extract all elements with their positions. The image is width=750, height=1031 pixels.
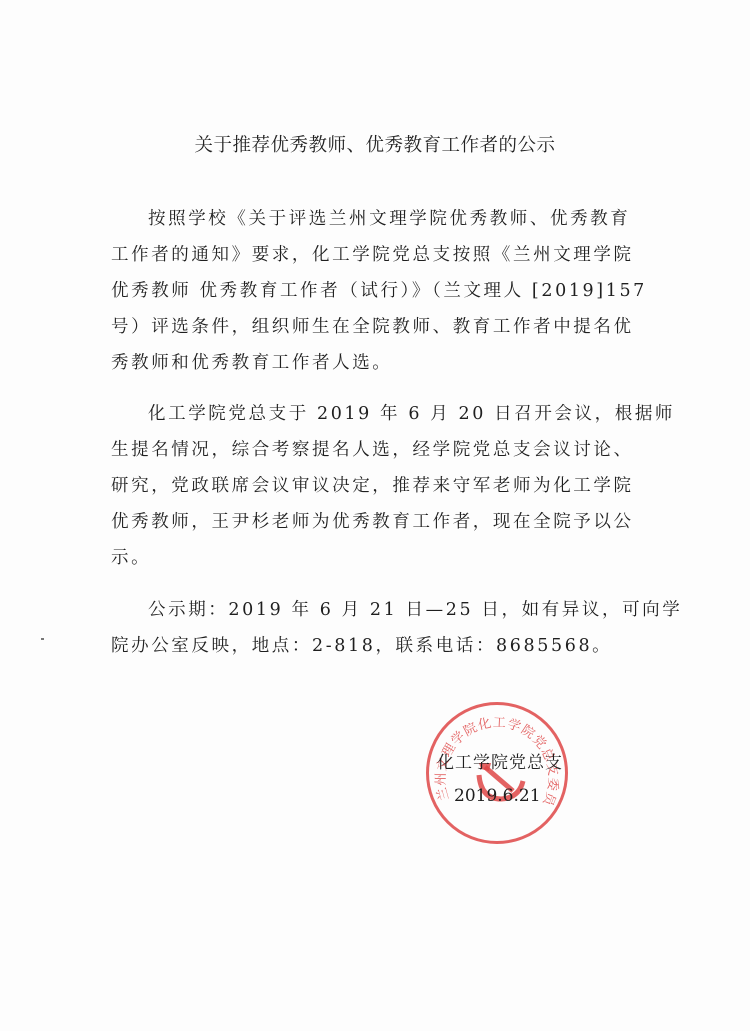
paragraph-1-line-1: 按照学校《关于评选兰州文理学院优秀教师、优秀教育: [148, 205, 630, 230]
signature-date: 2019.6.21: [454, 786, 541, 806]
paragraph-1-line-5: 秀教师和优秀教育工作者人选。: [111, 349, 392, 374]
paragraph-1-line-2: 工作者的通知》要求，化工学院党总支按照《兰州文理学院: [111, 241, 634, 266]
paragraph-2-line-1: 化工学院党总支于 2019 年 6 月 20 日召开会议，根据师: [148, 400, 675, 425]
paragraph-2-line-3: 研究，党政联席会议审议决定，推荐来守军老师为化工学院: [111, 472, 634, 497]
paragraph-2-line-4: 优秀教师，王尹杉老师为优秀教育工作者，现在全院予以公: [111, 508, 634, 533]
paragraph-3-line-1: 公示期：2019 年 6 月 21 日—25 日，如有异议，可向学: [148, 596, 682, 621]
paragraph-1-line-3: 优秀教师 优秀教育工作者（试行）》（兰文理人 [2019]157: [111, 277, 647, 302]
paragraph-2-line-5: 示。: [111, 544, 151, 569]
document-page: 关于推荐优秀教师、优秀教育工作者的公示 按照学校《关于评选兰州文理学院优秀教师、…: [0, 0, 750, 1031]
official-seal: 兰州文理学院化工学院党总支委员会: [426, 702, 568, 844]
paragraph-2-line-2: 生提名情况，综合考察提名人选，经学院党总支会议讨论、: [111, 436, 634, 461]
document-title: 关于推荐优秀教师、优秀教育工作者的公示: [0, 131, 750, 157]
paragraph-1-line-4: 号）评选条件，组织师生在全院教师、教育工作者中提名优: [111, 313, 634, 338]
seal-emblem-icon: 兰州文理学院化工学院党总支委员会: [429, 705, 565, 841]
paragraph-3-line-2: 院办公室反映，地点：2-818，联系电话：8685568。: [111, 632, 612, 657]
signature-organization: 化工学院党总支: [437, 748, 563, 773]
scan-speck: [41, 638, 44, 640]
